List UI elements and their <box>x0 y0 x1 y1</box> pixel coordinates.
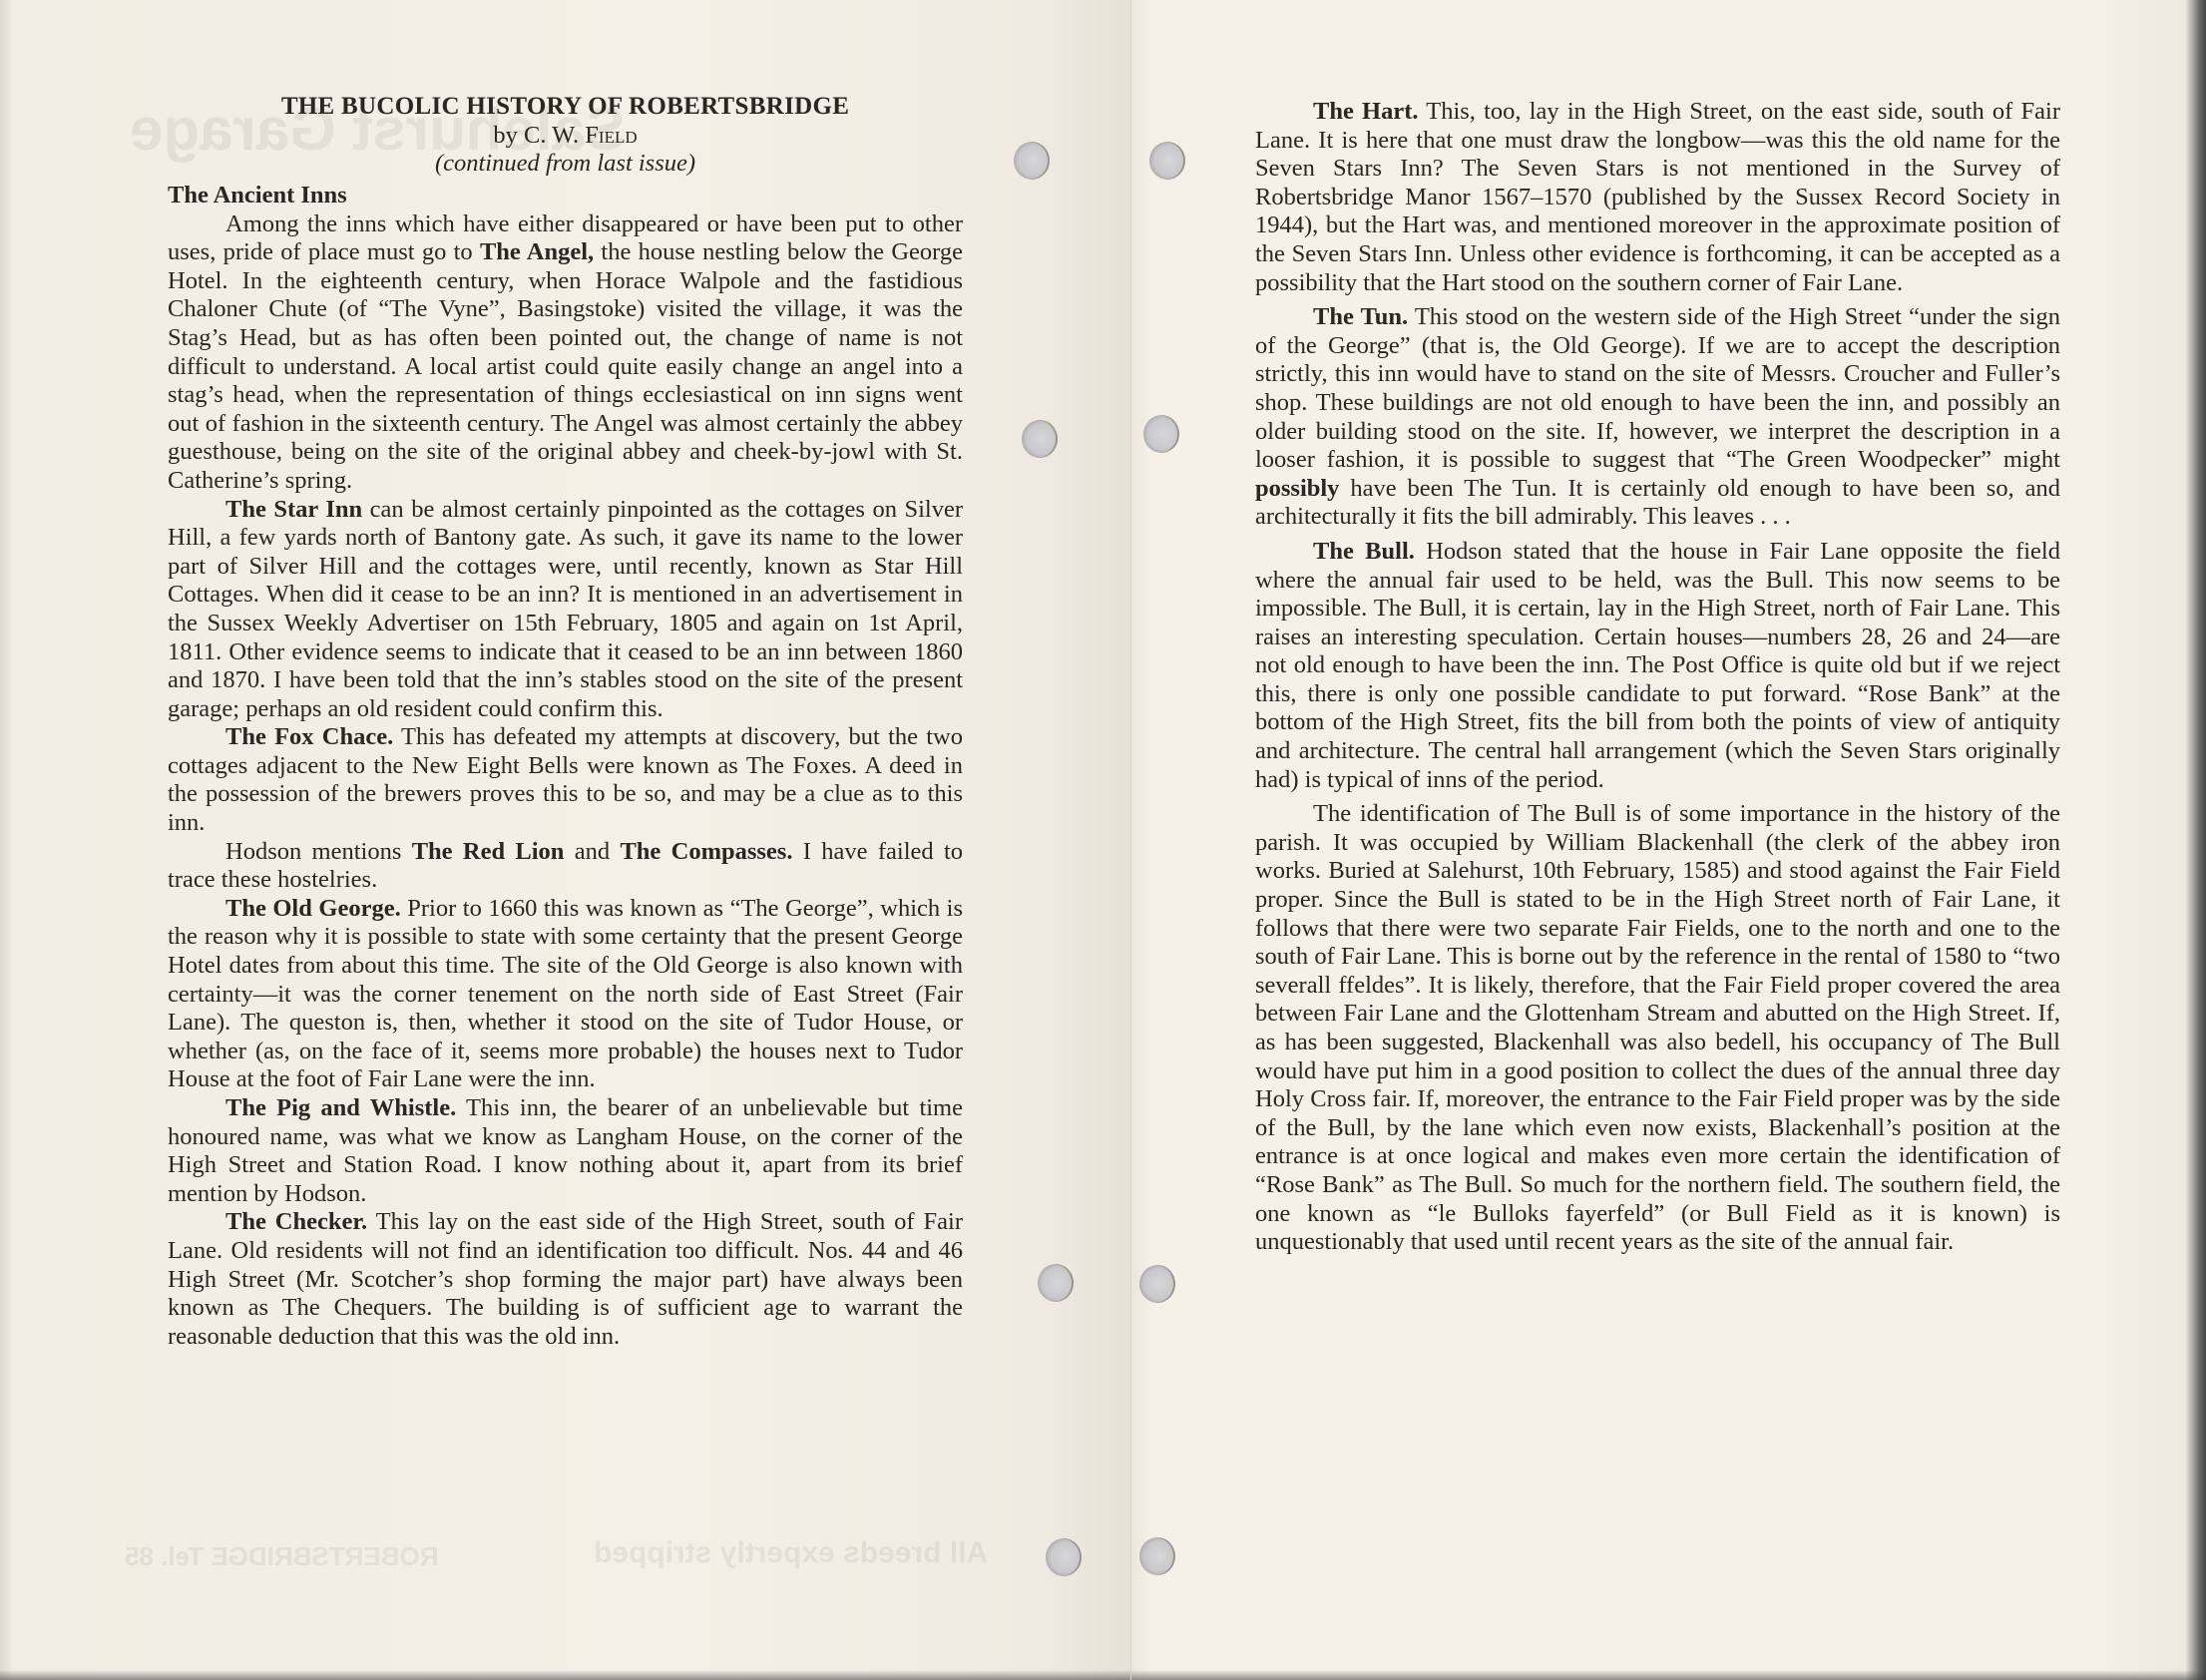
left-column: THE BUCOLIC HISTORY OF ROBERTSBRIDGE by … <box>168 92 963 1351</box>
continued-note: (continued from last issue) <box>168 150 963 178</box>
left-page: Salehurst Garage ROBERTSBRIDGE Tel. 85 A… <box>0 0 1130 1680</box>
byline-prefix: by C. W. <box>493 122 585 149</box>
inn-name: The Star Inn <box>225 496 362 523</box>
inn-name: The Hart. <box>1313 98 1419 125</box>
inn-name: The Tun. <box>1313 303 1408 330</box>
paragraph-bull: The Bull. Hodson stated that the house i… <box>1255 538 2060 794</box>
page-edge-shadow <box>1131 1670 2206 1680</box>
paragraph-angel: Among the inns which have either disappe… <box>168 210 963 496</box>
paragraph-text: have been The Tun. It is certainly old e… <box>1255 475 2060 531</box>
paragraph-checker: The Checker. This lay on the east side o… <box>168 1208 963 1351</box>
paragraph-text: Hodson mentions <box>225 838 412 865</box>
right-column: The Hart. This, too, lay in the High Str… <box>1255 98 2060 1257</box>
paragraph-text: can be almost certainly pinpointed as th… <box>168 496 963 722</box>
inn-name: The Angel, <box>480 238 594 265</box>
paragraph-red-lion-compasses: Hodson mentions The Red Lion and The Com… <box>168 838 963 895</box>
bleed-through-text: All breeds expertly stripped <box>594 1536 988 1570</box>
inn-name: The Old George. <box>225 895 401 922</box>
inn-name: The Fox Chace. <box>225 723 393 750</box>
paragraph-text: This, too, lay in the High Street, on th… <box>1255 98 2060 296</box>
paragraph-pig-and-whistle: The Pig and Whistle. This inn, the beare… <box>168 1094 963 1208</box>
paragraph-tun: The Tun. This stood on the western side … <box>1255 303 2060 532</box>
paragraph-hart: The Hart. This, too, lay in the High Str… <box>1255 98 2060 297</box>
paragraph-text: Prior to 1660 this was known as “The Geo… <box>168 895 963 1093</box>
article-title: THE BUCOLIC HISTORY OF ROBERTSBRIDGE <box>168 92 963 122</box>
byline: by C. W. Field <box>168 122 963 150</box>
paragraph-bull-identification: The identification of The Bull is of som… <box>1255 800 2060 1257</box>
bleed-through-text: ROBERTSBRIDGE Tel. 85 <box>125 1541 438 1572</box>
inn-name: The Checker. <box>225 1208 367 1235</box>
punch-hole-icon <box>1022 420 1058 458</box>
emphasis-word: possibly <box>1255 475 1339 502</box>
paragraph-text: the house nestling below the George Hote… <box>168 238 963 494</box>
punch-hole-icon <box>1143 415 1179 453</box>
page-edge-shadow <box>0 1670 1130 1680</box>
paragraph-fox-chace: The Fox Chace. This has defeated my atte… <box>168 723 963 837</box>
punch-hole-icon <box>1014 142 1050 180</box>
paragraph-star-inn: The Star Inn can be almost certainly pin… <box>168 496 963 724</box>
punch-hole-icon <box>1046 1538 1082 1576</box>
punch-hole-icon <box>1139 1537 1175 1575</box>
punch-hole-icon <box>1038 1264 1074 1302</box>
inn-name: The Bull. <box>1313 538 1415 565</box>
inn-name: The Pig and Whistle. <box>225 1094 456 1121</box>
author-name: Field <box>585 122 637 149</box>
paragraph-text: Hodson stated that the house in Fair Lan… <box>1255 538 2060 793</box>
paragraph-text: and <box>564 838 620 865</box>
punch-hole-icon <box>1149 142 1185 180</box>
punch-hole-icon <box>1139 1265 1175 1303</box>
inn-name: The Compasses. <box>620 838 792 865</box>
paragraph-text: The identification of The Bull is of som… <box>1255 800 2060 1255</box>
paragraph-old-george: The Old George. Prior to 1660 this was k… <box>168 895 963 1094</box>
section-heading: The Ancient Inns <box>168 182 963 210</box>
inn-name: The Red Lion <box>412 838 565 865</box>
